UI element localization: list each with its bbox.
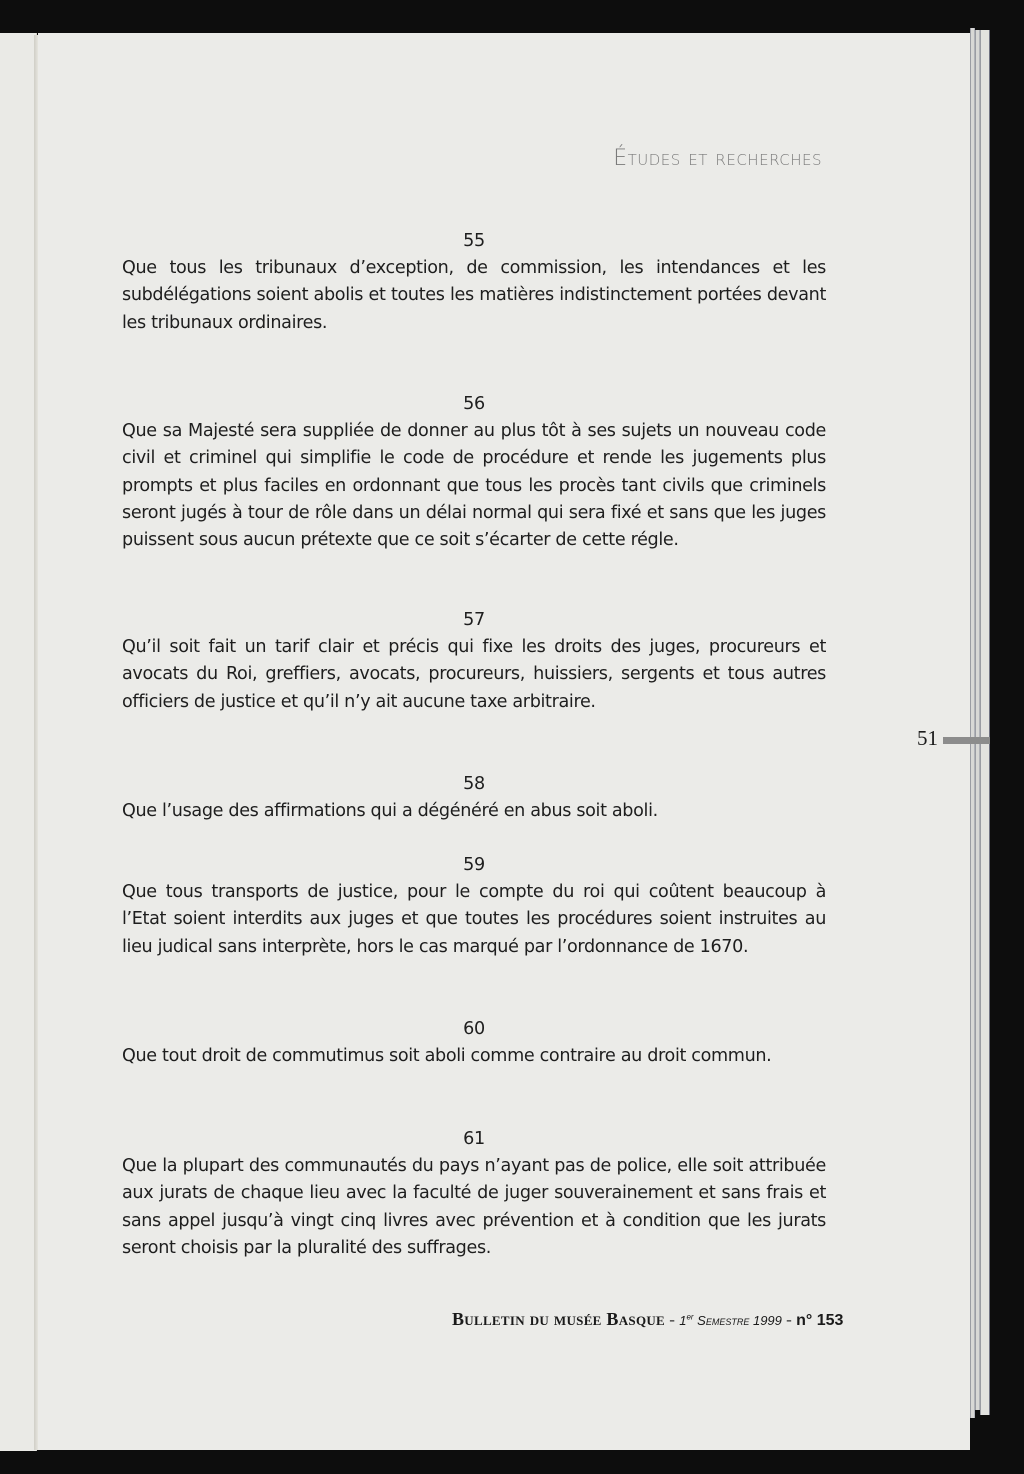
- article-number: 59: [122, 852, 826, 879]
- article-number: 57: [122, 607, 826, 634]
- article-59: 59 Que tous transports de justice, pour …: [122, 852, 826, 961]
- running-footer: Bulletin du musée Basque - 1er Semestre …: [452, 1309, 843, 1330]
- semester-ordinal: er: [686, 1313, 693, 1322]
- article-number: 56: [122, 391, 826, 418]
- article-text: Que tous les tribunaux d’exception, de c…: [122, 255, 826, 337]
- page-stack-edge: [980, 30, 990, 1415]
- facing-page-edge: [0, 33, 37, 1451]
- article-text: Que tout droit de commutimus soit aboli …: [122, 1043, 826, 1070]
- article-57: 57 Qu’il soit fait un tarif clair et pré…: [122, 607, 826, 716]
- article-number: 60: [122, 1016, 826, 1043]
- article-number: 61: [122, 1126, 826, 1153]
- article-text: Qu’il soit fait un tarif clair et précis…: [122, 634, 826, 716]
- publication-title: Bulletin du musée Basque: [452, 1309, 665, 1329]
- issue-number: n° 153: [796, 1312, 843, 1329]
- issue-semester: 1er Semestre 1999: [679, 1313, 782, 1328]
- footer-separator: -: [665, 1310, 679, 1329]
- footer-separator: -: [782, 1310, 796, 1329]
- running-header: Études et recherches: [613, 146, 822, 171]
- article-text: Que la plupart des communautés du pays n…: [122, 1153, 826, 1262]
- article-55: 55 Que tous les tribunaux d’exception, d…: [122, 228, 826, 337]
- page-number: 51: [917, 726, 938, 751]
- article-text: Que l’usage des affirmations qui a dégén…: [122, 798, 826, 825]
- article-61: 61 Que la plupart des communautés du pay…: [122, 1126, 826, 1262]
- article-56: 56 Que sa Majesté sera suppliée de donne…: [122, 391, 826, 554]
- article-text: Que sa Majesté sera suppliée de donner a…: [122, 418, 826, 554]
- article-60: 60 Que tout droit de commutimus soit abo…: [122, 1016, 826, 1070]
- article-text: Que tous transports de justice, pour le …: [122, 879, 826, 961]
- article-number: 55: [122, 228, 826, 255]
- issue-year: 1999: [749, 1313, 782, 1328]
- semester-label: Semestre: [694, 1313, 750, 1328]
- article-58: 58 Que l’usage des affirmations qui a dé…: [122, 771, 826, 825]
- page-tab-marker: [943, 737, 990, 744]
- article-number: 58: [122, 771, 826, 798]
